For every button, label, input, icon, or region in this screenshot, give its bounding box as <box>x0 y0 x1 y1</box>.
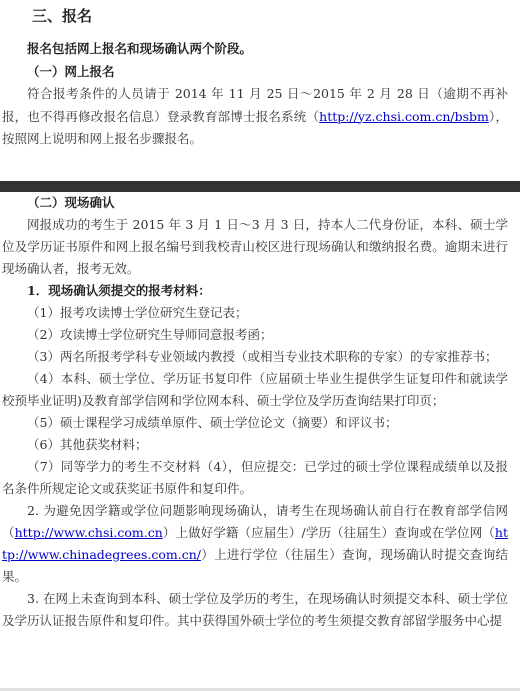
materials-heading: 1．现场确认须提交的报考材料： <box>2 280 508 302</box>
chsi-link[interactable]: http://www.chsi.com.cn <box>15 525 163 540</box>
material-item-3: （3）两名所报考学科专业领域内教授（或相当专业技术职称的专家）的专家推荐书； <box>2 346 508 368</box>
bsbm-system-link[interactable]: http://yz.chsi.com.cn/bsbm <box>319 109 489 124</box>
subsection-onsite-heading: （二）现场确认 <box>2 192 508 214</box>
verification-paragraph: 2. 为避免因学籍或学位问题影响现场确认，请考生在现场确认前自行在教育部学信网（… <box>2 500 508 588</box>
material-item-6: （6）其他获奖材料； <box>2 434 508 456</box>
verification-text-between: ）上做好学籍（应届生）/学历（往届生）查询或在学位网（ <box>163 525 495 540</box>
intro-paragraph: 报名包括网上报名和现场确认两个阶段。 <box>2 38 508 61</box>
document-page: 三、报名 报名包括网上报名和现场确认两个阶段。 （一）网上报名 符合报考条件的人… <box>0 0 520 691</box>
online-registration-paragraph: 符合报考条件的人员请于 2014 年 11 月 25 日～2015 年 2 月 … <box>2 83 508 151</box>
section-title: 三、报名 <box>2 6 508 26</box>
onsite-confirmation-paragraph: 网报成功的考生于 2015 年 3 月 1 日～3 月 3 日，持本人二代身份证… <box>2 214 508 280</box>
material-item-7: （7）同等学力的考生不交材料（4），但应提交：已学过的硕士学位课程成绩单以及报名… <box>2 456 508 500</box>
material-item-1: （1）报考攻读博士学位研究生登记表； <box>2 302 508 324</box>
material-item-4: （4）本科、硕士学位、学历证书复印件（应届硕士毕业生提供学生证复印件和就读学校预… <box>2 368 508 412</box>
certification-report-paragraph: 3. 在网上未查询到本科、硕士学位及学历的考生，在现场确认时须提交本科、硕士学位… <box>2 588 508 632</box>
material-item-5: （5）硕士课程学习成绩单原件、硕士学位论文（摘要）和评议书； <box>2 412 508 434</box>
page-two-content: （二）现场确认 网报成功的考生于 2015 年 3 月 1 日～3 月 3 日，… <box>0 192 520 632</box>
material-item-2: （2）攻读博士学位研究生导师同意报考函； <box>2 324 508 346</box>
subsection-online-heading: （一）网上报名 <box>2 61 508 84</box>
page-separator-bar <box>0 181 520 192</box>
page-one-content: 三、报名 报名包括网上报名和现场确认两个阶段。 （一）网上报名 符合报考条件的人… <box>0 6 520 151</box>
